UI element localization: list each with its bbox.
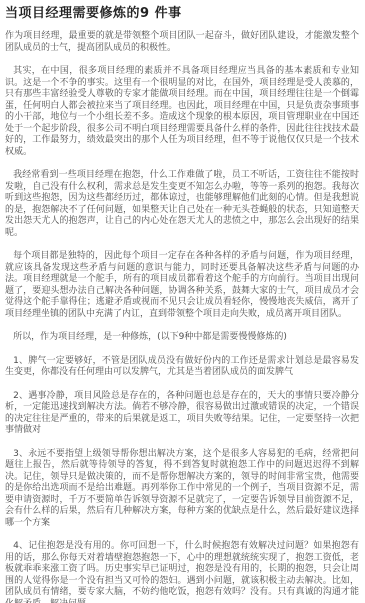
list-item-2-calm: 2、遇事冷静，项目风险总是存在的，各种问题也总是存在的，天大的事情只要冷静分析，… [5, 391, 359, 437]
list-item-4-no-complaining: 4、记住抱怨是没有用的。你可回想一下，什么时候抱怨有效解决过问题？如果抱怨有用的… [5, 541, 359, 603]
paragraph-uniqueness: 每个项目都是独特的，因此每个项目一定存在各种各样的矛盾与问题，作为项目经理，就应… [5, 251, 359, 320]
list-item-1-temper: 1、脾气一定要够好，不管是团队成员没有做好份内的工作还是需求计划总是最容易发生变… [5, 356, 359, 379]
paragraph-complaints: 我经常看到一些项目经理在抱怨，什么工作难做了啦，员工不听话，工资往往不能按时发啦… [5, 170, 359, 239]
paragraph-background: 其实，在中国，很多项目经理的素质并不具备项目经理应当具备的基本素质和专业知识。这… [5, 66, 359, 158]
intro-paragraph: 作为项目经理，最重要的就是带领整个项目团队一起奋斗，做好团队建设，才能激发整个团… [5, 31, 359, 54]
page-title: 当项目经理需要修炼的9 件事 [5, 6, 359, 21]
list-item-3-solutions: 3、永远不要指望上级领导帮你想出解决方案，这个是很多人容易犯的毛病，经常把问题往… [5, 449, 359, 530]
transition-line: 所以，作为项目经理，是一种修炼，(以下9种中都是需要慢慢修炼的) [5, 332, 359, 344]
article-page: 当项目经理需要修炼的9 件事 作为项目经理，最重要的就是带领整个项目团队一起奋斗… [0, 0, 365, 603]
